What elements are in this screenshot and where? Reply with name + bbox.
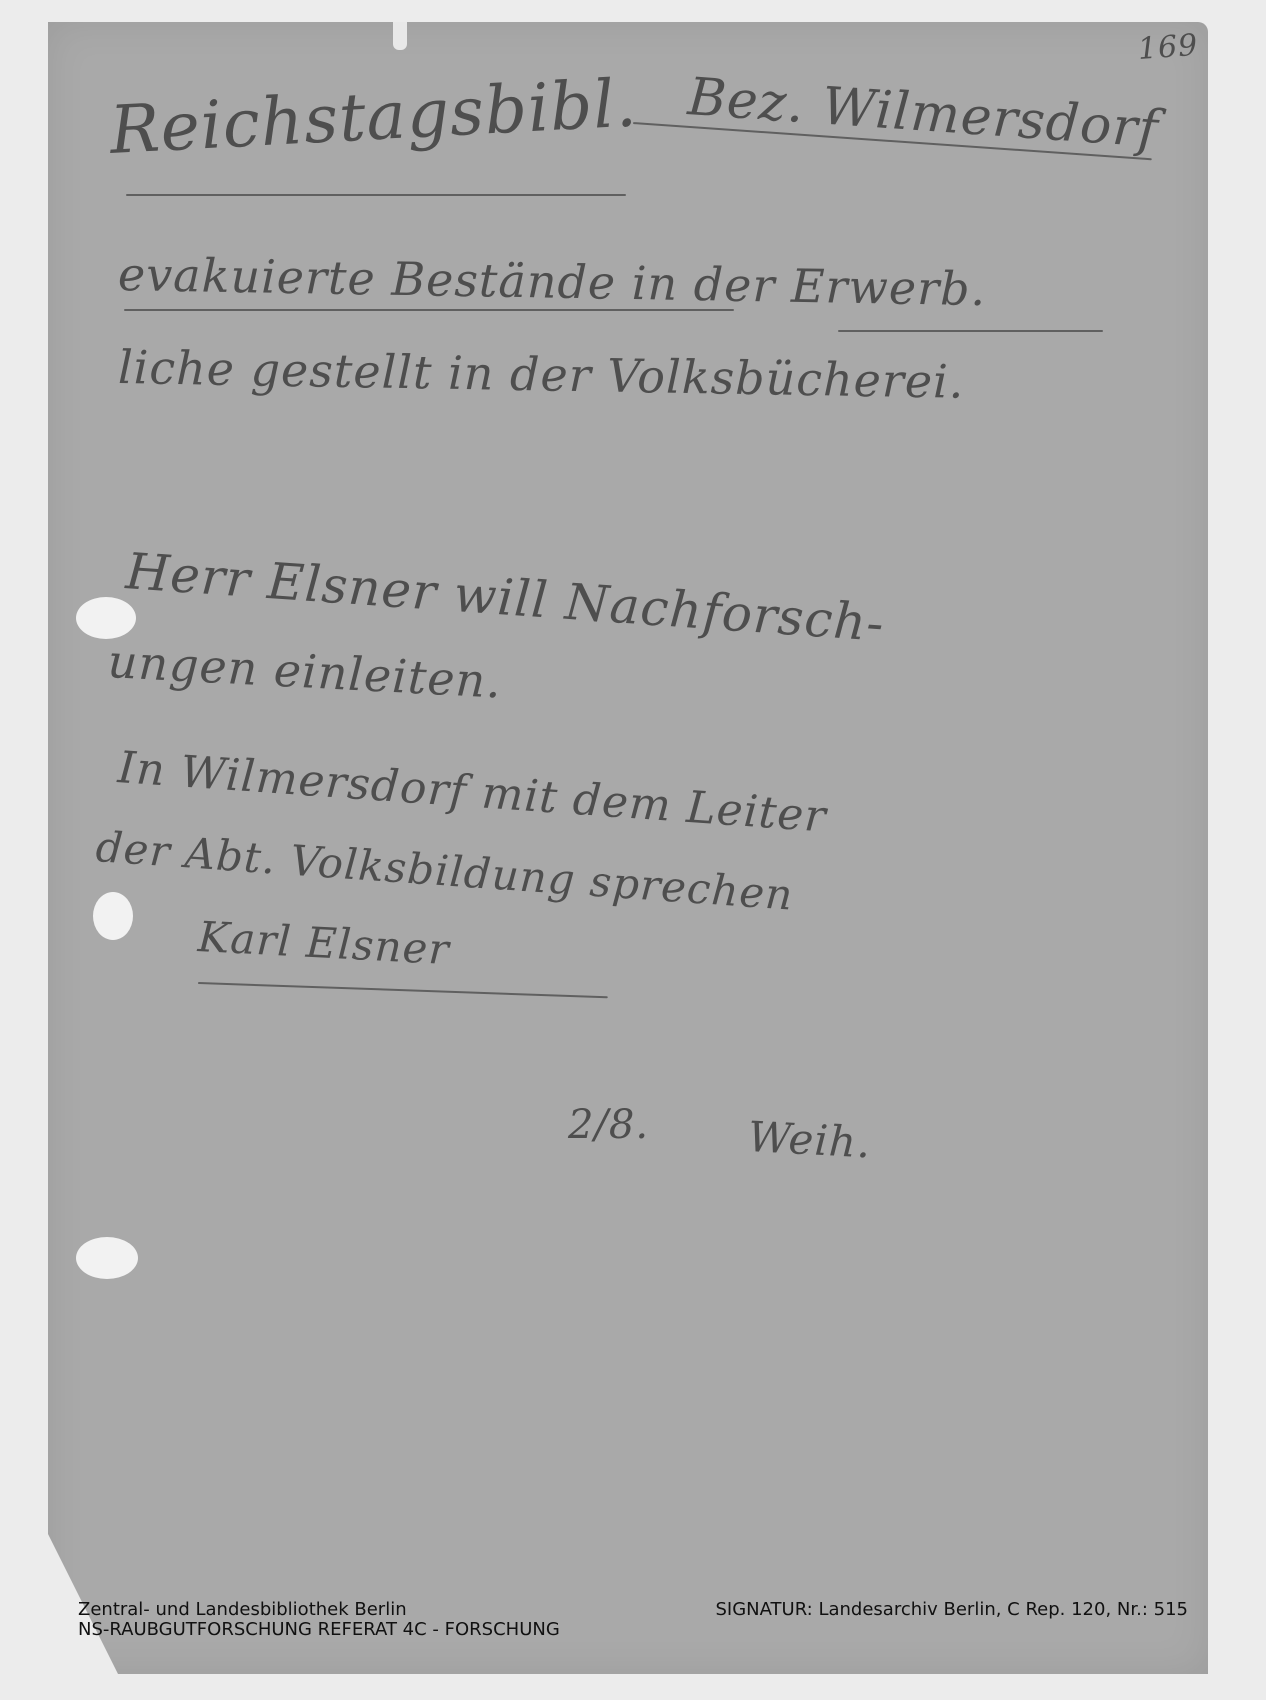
underline <box>124 309 734 311</box>
paper-tear <box>393 22 407 50</box>
date: 2/8. <box>568 1102 649 1148</box>
text-line-6: der Abt. Volksbildung sprechen <box>94 822 795 920</box>
heading-left: Reichstagsbibl. <box>108 64 639 169</box>
text-line-3: Herr Elsner will Nachforsch- <box>124 542 887 653</box>
punch-hole <box>76 1237 138 1279</box>
text-line-1: evakuierte Bestände in der Erwerb. <box>118 247 987 316</box>
underline <box>838 330 1103 332</box>
text-line-5: In Wilmersdorf mit dem Leiter <box>116 742 828 842</box>
text-line-2: liche gestellt in der Volksbücherei. <box>118 340 965 409</box>
text-line-7: Karl Elsner <box>197 912 451 974</box>
punch-hole <box>93 892 133 940</box>
institution-label: Zentral- und Landesbibliothek Berlin <box>78 1600 407 1620</box>
signature: Weih. <box>747 1112 873 1167</box>
signature-reference: SIGNATUR: Landesarchiv Berlin, C Rep. 12… <box>715 1600 1188 1620</box>
underline <box>198 982 608 998</box>
heading-right: Bez. Wilmersdorf <box>686 67 1161 160</box>
page-number: 169 <box>1137 28 1200 67</box>
archive-footer: Zentral- und Landesbibliothek Berlin SIG… <box>78 1600 1188 1640</box>
punch-hole <box>76 597 136 639</box>
underline <box>126 194 626 196</box>
department-label: NS-RAUBGUTFORSCHUNG REFERAT 4C - FORSCHU… <box>78 1620 1188 1640</box>
document-page: 169 Reichstagsbibl. Bez. Wilmersdorf eva… <box>48 22 1208 1674</box>
text-line-4: ungen einleiten. <box>107 634 504 709</box>
